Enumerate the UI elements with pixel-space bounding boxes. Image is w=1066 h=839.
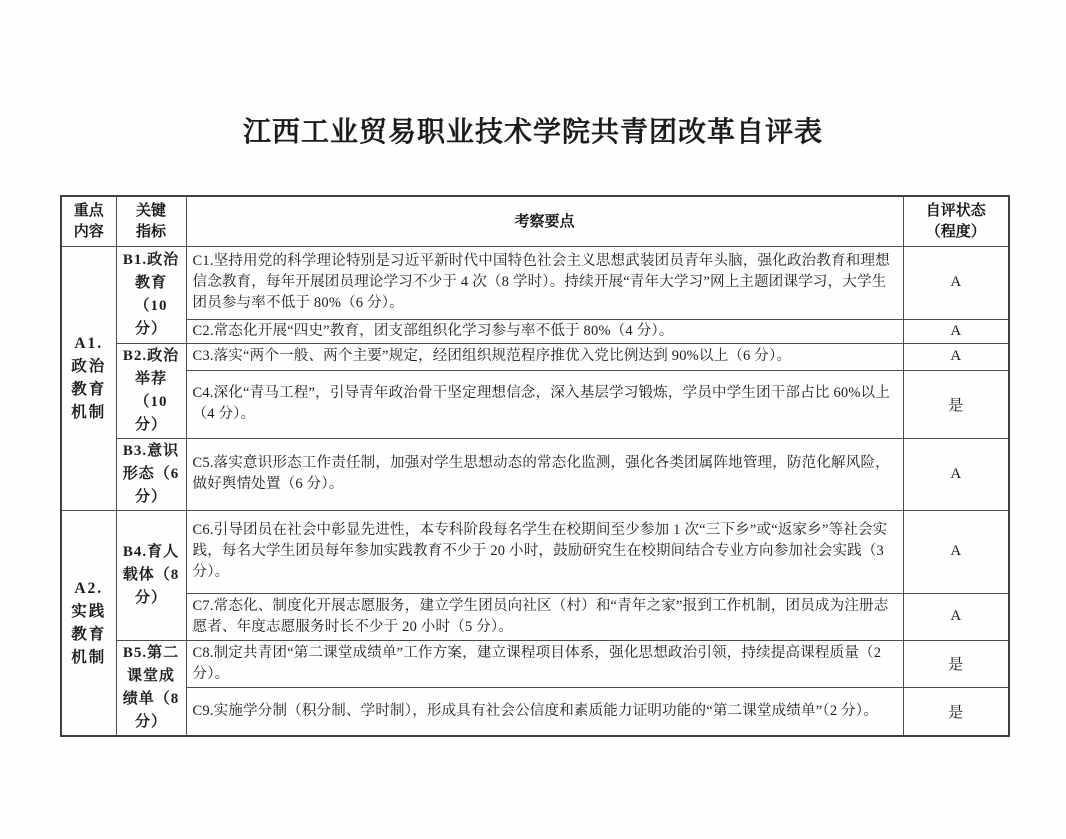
status-c1: A	[903, 246, 1009, 319]
table-row: C2.常态化开展“四史”教育，团支部组织化学习参与率不低于 80%（4 分）。 …	[61, 319, 1009, 343]
status-c9: 是	[903, 688, 1009, 736]
group-b2: B2.政治举荐（10分）	[116, 343, 186, 438]
point-c7: C7.常态化、制度化开展志愿服务，建立学生团员向社区（村）和“青年之家”报到工作…	[186, 593, 903, 640]
page-title: 江西工业贸易职业技术学院共青团改革自评表	[0, 110, 1066, 150]
status-c5: A	[903, 438, 1009, 510]
document-page: 江西工业贸易职业技术学院共青团改革自评表 重点 内容 关键 指标 考察要点 自评…	[0, 0, 1066, 839]
status-c3: A	[903, 343, 1009, 370]
group-a2: A2. 实践 教育 机制	[61, 510, 116, 736]
group-a1: A1. 政治 教育 机制	[61, 246, 116, 510]
header-key-content: 重点 内容	[61, 196, 116, 246]
status-c8: 是	[903, 640, 1009, 688]
table-row: C7.常态化、制度化开展志愿服务，建立学生团员向社区（村）和“青年之家”报到工作…	[61, 593, 1009, 640]
status-c6: A	[903, 510, 1009, 593]
status-c7: A	[903, 593, 1009, 640]
group-b4: B4.育人载体（8分）	[116, 510, 186, 640]
point-c2: C2.常态化开展“四史”教育，团支部组织化学习参与率不低于 80%（4 分）。	[186, 319, 903, 343]
table-row: C4.深化“青马工程”，引导青年政治骨干坚定理想信念，深入基层学习锻炼，学员中学…	[61, 370, 1009, 438]
status-c2: A	[903, 319, 1009, 343]
table-row: A2. 实践 教育 机制 B4.育人载体（8分） C6.引导团员在社会中彰显先进…	[61, 510, 1009, 593]
point-c6: C6.引导团员在社会中彰显先进性，本专科阶段每名学生在校期间至少参加 1 次“三…	[186, 510, 903, 593]
header-self-status: 自评状态 （程度）	[903, 196, 1009, 246]
table-row: C9.实施学分制（积分制、学时制），形成具有社会公信度和素质能力证明功能的“第二…	[61, 688, 1009, 736]
group-b5: B5.第二课堂成绩单（8分）	[116, 640, 186, 736]
status-c4: 是	[903, 370, 1009, 438]
point-c4: C4.深化“青马工程”，引导青年政治骨干坚定理想信念，深入基层学习锻炼，学员中学…	[186, 370, 903, 438]
header-row: 重点 内容 关键 指标 考察要点 自评状态 （程度）	[61, 196, 1009, 246]
table-row: B5.第二课堂成绩单（8分） C8.制定共青团“第二课堂成绩单”工作方案，建立课…	[61, 640, 1009, 688]
point-c5: C5.落实意识形态工作责任制，加强对学生思想动态的常态化监测，强化各类团属阵地管…	[186, 438, 903, 510]
table-row: B3.意识形态（6分） C5.落实意识形态工作责任制，加强对学生思想动态的常态化…	[61, 438, 1009, 510]
group-b1: B1.政治教育（10分）	[116, 246, 186, 343]
point-c3: C3.落实“两个一般、两个主要”规定，经团组织规范程序推优入党比例达到 90%以…	[186, 343, 903, 370]
table-row: B2.政治举荐（10分） C3.落实“两个一般、两个主要”规定，经团组织规范程序…	[61, 343, 1009, 370]
point-c9: C9.实施学分制（积分制、学时制），形成具有社会公信度和素质能力证明功能的“第二…	[186, 688, 903, 736]
table-row: A1. 政治 教育 机制 B1.政治教育（10分） C1.坚持用党的科学理论特别…	[61, 246, 1009, 319]
point-c8: C8.制定共青团“第二课堂成绩单”工作方案，建立课程项目体系，强化思想政治引领，…	[186, 640, 903, 688]
group-b3: B3.意识形态（6分）	[116, 438, 186, 510]
header-inspection-points: 考察要点	[186, 196, 903, 246]
point-c1: C1.坚持用党的科学理论特别是习近平新时代中国特色社会主义思想武装团员青年头脑，…	[186, 246, 903, 319]
self-eval-table: 重点 内容 关键 指标 考察要点 自评状态 （程度） A1. 政治 教育 机制 …	[60, 195, 1010, 737]
header-key-indicator: 关键 指标	[116, 196, 186, 246]
